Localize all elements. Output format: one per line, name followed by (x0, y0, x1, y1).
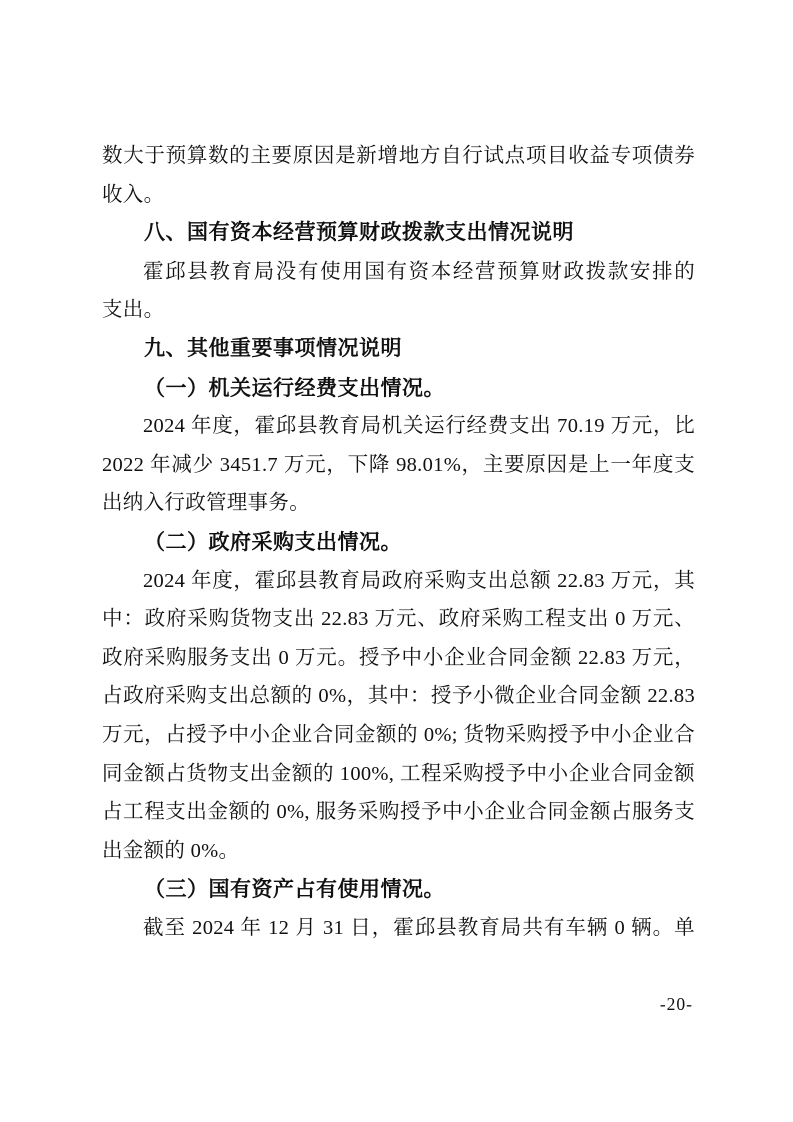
paragraph-line: 出纳入行政管理事务。 (102, 484, 695, 523)
paragraph-line: 2024 年度，霍邱县教育局政府采购支出总额 22.83 万元，其 (102, 562, 695, 601)
paragraph-line: 万元，占授予中小企业合同金额的 0%; 货物采购授予中小企业合 (102, 716, 695, 755)
subsection-heading-1: （一）机关运行经费支出情况。 (102, 369, 695, 408)
paragraph-line: 数大于预算数的主要原因是新增地方自行试点项目收益专项债券 (102, 137, 695, 176)
section-heading-8: 八、国有资本经营预算财政拨款支出情况说明 (102, 214, 695, 253)
paragraph-line: 中：政府采购货物支出 22.83 万元、政府采购工程支出 0 万元、 (102, 600, 695, 639)
document-body: 数大于预算数的主要原因是新增地方自行试点项目收益专项债券 收入。 八、国有资本经… (102, 137, 695, 947)
page-number: -20- (660, 994, 693, 1014)
paragraph-line: 政府采购服务支出 0 万元。授予中小企业合同金额 22.83 万元， (102, 639, 695, 678)
paragraph-line: 占工程支出金额的 0%, 服务采购授予中小企业合同金额占服务支 (102, 793, 695, 832)
paragraph-line: 占政府采购支出总额的 0%，其中：授予小微企业合同金额 22.83 (102, 677, 695, 716)
paragraph-line: 霍邱县教育局没有使用国有资本经营预算财政拨款安排的 (102, 253, 695, 292)
subsection-heading-3: （三）国有资产占有使用情况。 (102, 870, 695, 909)
paragraph-line: 收入。 (102, 176, 695, 215)
subsection-heading-2: （二）政府采购支出情况。 (102, 523, 695, 562)
paragraph-line: 截至 2024 年 12 月 31 日，霍邱县教育局共有车辆 0 辆。单 (102, 909, 695, 948)
paragraph-line: 2022 年减少 3451.7 万元，下降 98.01%，主要原因是上一年度支 (102, 446, 695, 485)
paragraph-line: 出金额的 0%。 (102, 832, 695, 871)
paragraph-line: 2024 年度，霍邱县教育局机关运行经费支出 70.19 万元，比 (102, 407, 695, 446)
section-heading-9: 九、其他重要事项情况说明 (102, 330, 695, 369)
paragraph-line: 支出。 (102, 291, 695, 330)
paragraph-line: 同金额占货物支出金额的 100%, 工程采购授予中小企业合同金额 (102, 755, 695, 794)
document-page: 数大于预算数的主要原因是新增地方自行试点项目收益专项债券 收入。 八、国有资本经… (0, 0, 793, 1122)
